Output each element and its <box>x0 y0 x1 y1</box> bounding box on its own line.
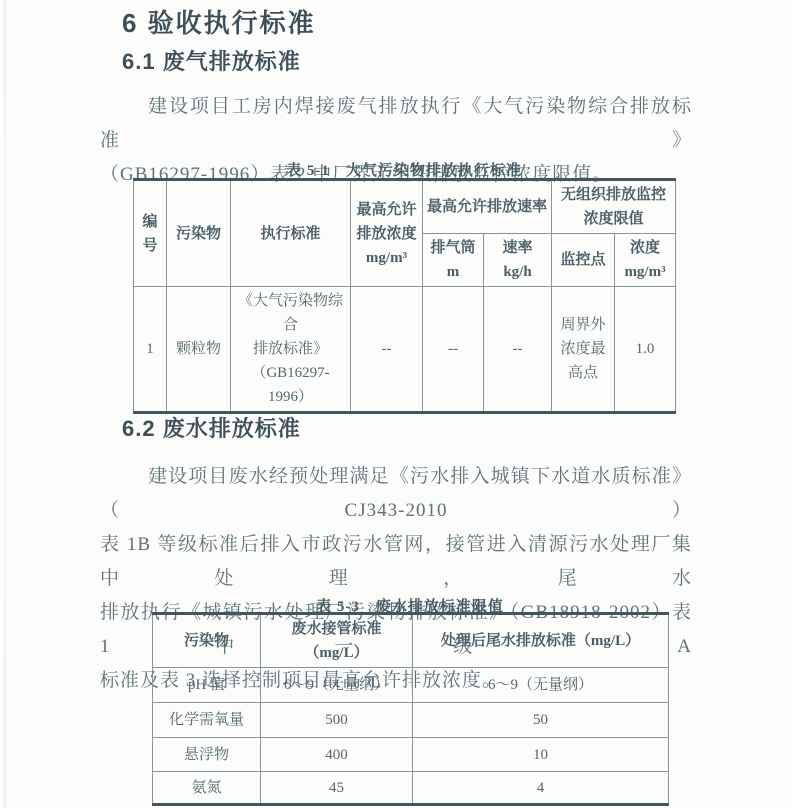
cell-max-concentration: -- <box>351 287 423 413</box>
col-header-concentration: 浓度 mg/m³ <box>615 234 676 287</box>
col-group-fugitive-monitoring: 无组织排放监控浓度限值 <box>552 180 676 234</box>
cell-inlet-value: 400 <box>261 738 413 772</box>
table-row: pH 值 6～9（无量纲） 6～9（无量纲） <box>153 668 669 703</box>
chapter-heading: 6 验收执行标准 <box>122 3 316 40</box>
cell-inlet-value: 500 <box>261 703 413 738</box>
header-row: 污染物 废水接管标准 （mg/L） 处理后尾水排放标准（mg/L） <box>153 614 669 668</box>
cell-pollutant-name: 氨氮 <box>153 772 261 805</box>
paragraph-line: 表 1B 等级标准后排入市政污水管网，接管进入清源污水处理厂集中处理，尾水 <box>100 528 692 596</box>
table-row: 化学需氧量 500 50 <box>153 703 669 738</box>
cell-outlet-value: 6～9（无量纲） <box>413 668 669 703</box>
cell-pollutant-name: pH 值 <box>153 668 261 703</box>
cell-monitor-point: 周界外浓度最高点 <box>552 287 615 413</box>
cell-pollutant-name: 化学需氧量 <box>153 703 261 738</box>
col-header-standard: 执行标准 <box>231 180 351 287</box>
cell-rate: -- <box>484 287 552 413</box>
col-group-max-rate: 最高允许排放速率 <box>423 180 552 234</box>
header-row-1: 编号 污染物 执行标准 最高允许 排放浓度 mg/m³ 最高允许排放速率 无组织… <box>134 180 676 234</box>
cell-standard: 《大气污染物综合 排放标准》 （GB16297-1996） <box>231 287 351 413</box>
cell-id: 1 <box>134 287 167 413</box>
cell-inlet-value: 6～9（无量纲） <box>261 668 413 703</box>
table-row: 悬浮物 400 10 <box>153 738 669 772</box>
section-heading-6-1: 6.1 废气排放标准 <box>122 45 301 76</box>
col-header-monitor-point: 监控点 <box>552 234 615 287</box>
cell-pollutant-name: 悬浮物 <box>153 738 261 772</box>
cell-inlet-value: 45 <box>261 772 413 805</box>
table-row: 氨氮 45 4 <box>153 772 669 805</box>
cell-outlet-value: 10 <box>413 738 669 772</box>
cell-outlet-value: 4 <box>413 772 669 805</box>
col-header-rate: 速率 kg/h <box>484 234 552 287</box>
col-header-inlet-standard: 废水接管标准 （mg/L） <box>261 614 413 668</box>
paragraph-line: 建设项目废水经预处理满足《污水排入城镇下水道水质标准》（CJ343-2010） <box>100 460 692 528</box>
paragraph-line: 建设项目工房内焊接废气排放执行《大气污染物综合排放标准》 <box>100 90 692 158</box>
section-heading-6-2: 6.2 废水排放标准 <box>122 412 301 443</box>
col-header-max-concentration: 最高允许 排放浓度 mg/m³ <box>351 180 423 287</box>
cell-concentration: 1.0 <box>615 287 676 413</box>
document-page: 6 验收执行标准 6.1 废气排放标准 建设项目工房内焊接废气排放执行《大气污染… <box>0 0 792 808</box>
col-header-pollutant: 污染物 <box>167 180 231 287</box>
col-header-stack-height: 排气筒 m <box>423 234 484 287</box>
col-header-outlet-standard: 处理后尾水排放标准（mg/L） <box>413 614 669 668</box>
table-5-1-air-emission-standards: 编号 污染物 执行标准 最高允许 排放浓度 mg/m³ 最高允许排放速率 无组织… <box>133 178 676 414</box>
table-5-1-caption: 表 5-1 大气污染物排放执行标准 <box>133 159 675 180</box>
scan-edge-artifact <box>4 0 6 808</box>
table-row: 1 颗粒物 《大气污染物综合 排放标准》 （GB16297-1996） -- -… <box>134 287 676 413</box>
col-header-id: 编号 <box>134 180 167 287</box>
table-5-3-wastewater-limits: 污染物 废水接管标准 （mg/L） 处理后尾水排放标准（mg/L） pH 值 6… <box>152 612 669 806</box>
cell-outlet-value: 50 <box>413 703 669 738</box>
cell-pollutant: 颗粒物 <box>167 287 231 413</box>
cell-stack-height: -- <box>423 287 484 413</box>
col-header-pollutant: 污染物 <box>153 614 261 668</box>
